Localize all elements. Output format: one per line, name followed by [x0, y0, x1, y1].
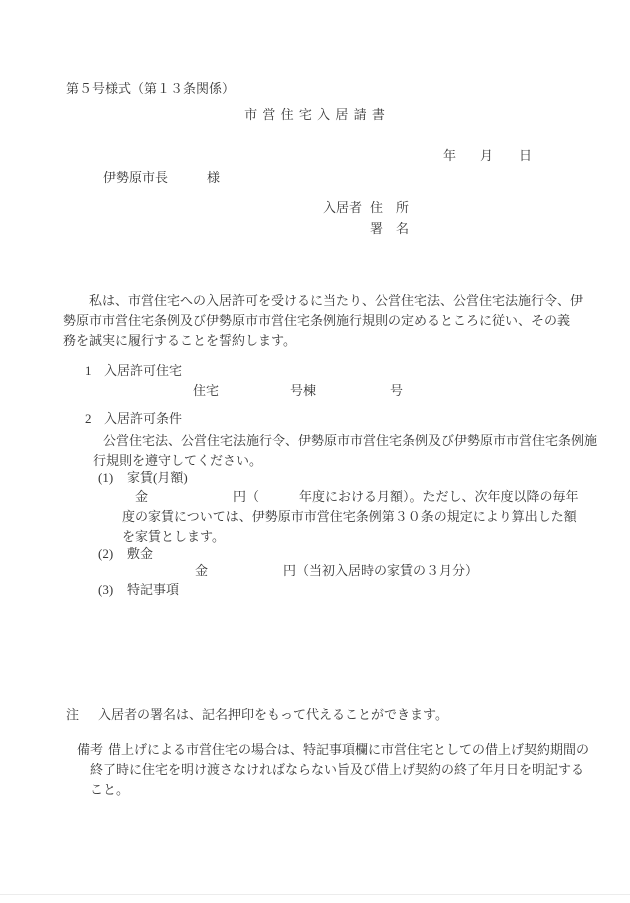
oath-line-1: 私は、市営住宅への入居許可を受けるに当たり、公営住宅法、公営住宅法施行令、伊	[63, 292, 583, 309]
rent-item-heading: (1) 家賃(月額)	[0, 469, 630, 486]
rent-amount-line: 金 円（ 年度における月額）。ただし、次年度以降の毎年	[0, 488, 630, 505]
date-line: 年 月 日	[0, 147, 630, 164]
addressee-honorific: 様	[207, 169, 220, 186]
remarks-label: 備考	[77, 741, 103, 758]
rent-line-3: を家賃とします。	[122, 528, 225, 545]
deposit-amount-label: 金	[195, 562, 208, 579]
note-text: 入居者の署名は、記名押印をもって代えることができます。	[98, 706, 448, 723]
deposit-rest: 円（当初入居時の家賃の３月分）	[283, 562, 478, 579]
document-page: 第５号様式（第１３条関係） 市 営 住 宅 入 居 請 書 年 月 日 伊勢原市…	[0, 0, 630, 903]
remarks-line-1: 借上げによる市営住宅の場合は、特記事項欄に市営住宅としての借上げ契約期間の	[108, 741, 589, 758]
section2-heading-line: 2 入居許可条件	[0, 410, 630, 427]
rent-line1-rest: 年度における月額）。ただし、次年度以降の毎年	[299, 488, 579, 505]
applicant-signature-line: 署 名	[0, 220, 630, 237]
rent-line-2: 度の家賃については、伊勢原市市営住宅条例第３０条の規定により算出した額	[122, 508, 577, 525]
day-label: 日	[519, 147, 532, 164]
item1-title: 家賃(月額)	[127, 469, 188, 486]
remarks-line-2: 終了時に住宅を明け渡さなければならない旨及び借上げ契約の終了年月日を明記する	[90, 761, 584, 778]
section1-heading-line: 1 入居許可住宅	[0, 362, 630, 379]
remarks-line-3: こと。	[90, 781, 129, 798]
year-label: 年	[443, 147, 456, 164]
note-line: 注 入居者の署名は、記名押印をもって代えることができます。	[0, 706, 630, 723]
deposit-item-heading: (2) 敷金	[0, 545, 630, 562]
item2-title: 敷金	[127, 545, 153, 562]
applicant-label: 入居者	[323, 199, 362, 216]
item2-number: (2)	[98, 545, 113, 562]
section2-heading: 入居許可条件	[104, 410, 182, 427]
note-label: 注	[66, 706, 79, 723]
special-notes-heading: (3) 特記事項	[0, 581, 630, 598]
section2-intro-line-1: 公営住宅法、公営住宅法施行令、伊勢原市市営住宅条例及び伊勢原市市営住宅条例施	[103, 432, 597, 449]
month-label: 月	[480, 147, 493, 164]
section2-intro-line-2: 行規則を遵守してください。	[93, 452, 262, 469]
document-title: 市 営 住 宅 入 居 請 書	[0, 104, 630, 123]
deposit-amount-line: 金 円（当初入居時の家賃の３月分）	[0, 562, 630, 579]
building-number-label: 号棟	[290, 382, 316, 399]
rent-yen-label: 円（	[233, 488, 259, 505]
item1-number: (1)	[98, 469, 113, 486]
page-bottom-edge	[0, 894, 630, 895]
address-label: 住 所	[370, 199, 409, 216]
housing-name-label: 住宅	[193, 382, 219, 399]
item3-number: (3)	[98, 581, 113, 598]
form-number: 第５号様式（第１３条関係）	[66, 80, 235, 97]
room-number-label: 号	[390, 382, 403, 399]
oath-line-3: 務を誠実に履行することを誓約します。	[63, 332, 296, 349]
section1-heading: 入居許可住宅	[104, 362, 182, 379]
remarks-first-line: 備考 借上げによる市営住宅の場合は、特記事項欄に市営住宅としての借上げ契約期間の	[0, 741, 630, 758]
section1-blank-line: 住宅 号棟 号	[0, 382, 630, 399]
section2-number: 2	[85, 410, 92, 427]
section1-number: 1	[85, 362, 92, 379]
signature-label: 署 名	[370, 220, 409, 237]
addressee-name: 伊勢原市長	[103, 169, 168, 186]
applicant-address-line: 入居者 住 所	[0, 199, 630, 216]
oath-line-2: 勢原市市営住宅条例及び伊勢原市市営住宅条例施行規則の定めるところに従い、その義	[63, 312, 570, 329]
addressee-line: 伊勢原市長 様	[0, 169, 630, 186]
item3-title: 特記事項	[127, 581, 179, 598]
rent-amount-label: 金	[135, 488, 148, 505]
